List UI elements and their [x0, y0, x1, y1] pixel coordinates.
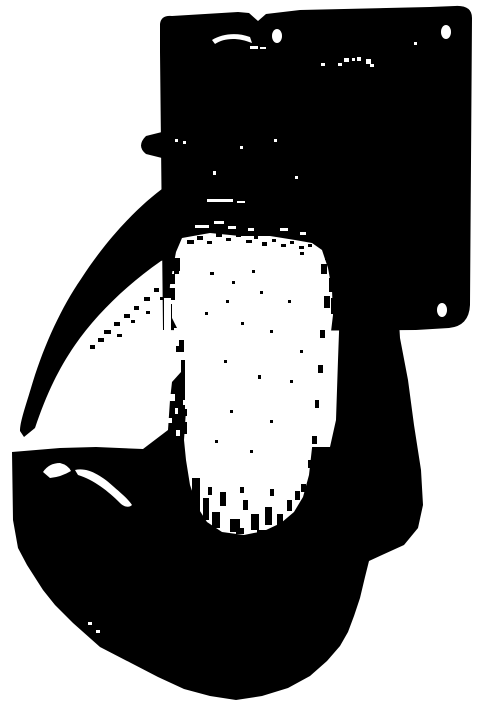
noise-speckle	[187, 240, 194, 244]
noise-speckle	[98, 338, 104, 342]
noise-speckle	[240, 146, 243, 149]
noise-speckle	[174, 270, 179, 274]
noise-speckle	[240, 487, 244, 493]
noise-speckle	[277, 514, 283, 526]
noise-speckle	[321, 63, 325, 66]
noise-speckle	[88, 622, 92, 625]
noise-speckle	[329, 278, 336, 292]
noise-speckle	[250, 450, 253, 453]
noise-speckle	[265, 230, 269, 233]
noise-speckle	[90, 345, 95, 349]
noise-speckle	[312, 436, 317, 444]
noise-speckle	[274, 139, 277, 142]
noise-speckle	[300, 232, 306, 235]
noise-speckle	[295, 491, 300, 500]
noise-speckle	[237, 201, 245, 203]
noise-speckle	[243, 500, 248, 510]
noise-speckle	[280, 228, 288, 231]
noise-speckle	[164, 279, 169, 283]
noise-speckle	[299, 246, 304, 249]
noise-speckle	[243, 228, 247, 231]
noise-speckle	[301, 484, 306, 492]
noise-speckle	[210, 272, 214, 275]
noise-speckle	[124, 314, 130, 318]
noise-speckle	[146, 311, 150, 314]
noise-speckle	[270, 330, 273, 333]
noise-speckle	[192, 478, 200, 532]
noise-speckle	[320, 330, 325, 338]
noise-speckle	[168, 418, 172, 423]
noise-speckle	[216, 233, 222, 237]
noise-speckle	[290, 241, 294, 244]
noise-speckle	[236, 528, 244, 534]
noise-speckle	[321, 264, 327, 274]
screw-hole-top-center	[272, 29, 282, 43]
noise-speckle	[281, 244, 286, 247]
noise-speckle	[230, 410, 233, 413]
noise-speckle	[270, 489, 274, 496]
noise-speckle	[117, 334, 122, 337]
noise-speckle	[324, 296, 330, 308]
noise-speckle	[164, 298, 171, 332]
noise-speckle	[258, 375, 261, 379]
noise-speckle	[248, 228, 254, 231]
noise-speckle	[207, 241, 212, 244]
noise-speckle	[272, 239, 276, 242]
noise-speckle	[203, 498, 209, 520]
noise-speckle	[252, 270, 255, 273]
noise-speckle	[183, 141, 186, 144]
noise-speckle	[226, 300, 229, 303]
noise-speckle	[366, 59, 371, 64]
noise-speckle	[254, 236, 258, 239]
noise-speckle	[308, 244, 312, 247]
noise-speckle	[370, 64, 374, 67]
noise-speckle	[207, 199, 233, 202]
noise-speckle	[174, 328, 179, 346]
noise-speckle	[226, 238, 231, 241]
noise-speckle	[131, 320, 135, 323]
noise-speckle	[205, 312, 208, 315]
noise-speckle	[250, 46, 258, 49]
noise-speckle	[338, 63, 342, 66]
noise-speckle	[170, 394, 175, 401]
noise-speckle	[185, 357, 189, 409]
noise-speckle	[325, 248, 333, 260]
noise-speckle	[214, 221, 224, 224]
noise-speckle	[300, 350, 303, 353]
noise-speckle	[154, 288, 159, 292]
screw-hole-bottom-right	[437, 303, 447, 317]
noise-speckle	[295, 176, 298, 179]
noise-speckle	[213, 171, 216, 175]
noise-speckle	[130, 668, 137, 671]
noise-speckle	[187, 413, 190, 463]
noise-speckle	[175, 408, 178, 414]
noise-speckle	[241, 322, 244, 325]
noise-speckle	[232, 281, 235, 284]
noise-speckle	[352, 58, 355, 61]
noise-speckle	[175, 139, 178, 142]
noise-speckle	[270, 420, 273, 423]
noise-speckle	[197, 236, 203, 240]
noise-speckle	[257, 530, 267, 536]
noise-speckle	[318, 237, 326, 245]
noise-speckle	[300, 252, 304, 255]
binarized-camera-photo	[0, 0, 486, 714]
noise-speckle	[290, 380, 293, 383]
noise-speckle	[165, 258, 180, 271]
noise-speckle	[288, 300, 291, 303]
noise-speckle	[357, 57, 361, 61]
noise-speckle	[318, 365, 323, 373]
noise-speckle	[331, 298, 337, 314]
noise-speckle	[96, 630, 100, 633]
noise-speckle	[195, 225, 209, 228]
noise-speckle	[246, 240, 252, 243]
noise-speckle	[212, 512, 220, 528]
noise-speckle	[220, 492, 226, 506]
noise-speckle	[208, 487, 212, 495]
noise-speckle	[176, 430, 180, 436]
noise-speckle	[260, 47, 266, 49]
noise-speckle	[224, 360, 227, 363]
screw-hole-top-right	[441, 25, 451, 39]
noise-speckle	[176, 300, 180, 324]
noise-speckle	[228, 226, 236, 229]
noise-speckle	[287, 500, 292, 511]
noise-speckle	[414, 42, 417, 45]
noise-speckle	[251, 514, 259, 530]
noise-speckle	[260, 291, 263, 294]
noise-speckle	[344, 58, 349, 62]
noise-speckle	[114, 322, 120, 326]
noise-speckle	[262, 242, 267, 246]
noise-speckle	[160, 297, 164, 300]
noise-speckle	[144, 297, 150, 301]
noise-speckle	[221, 227, 225, 230]
camera-photo-canvas	[0, 0, 486, 714]
noise-speckle	[265, 507, 272, 525]
noise-speckle	[215, 440, 218, 443]
noise-speckle	[236, 233, 241, 237]
noise-speckle	[315, 400, 319, 408]
noise-speckle	[308, 460, 313, 468]
noise-speckle	[104, 330, 111, 334]
noise-speckle	[134, 306, 139, 310]
